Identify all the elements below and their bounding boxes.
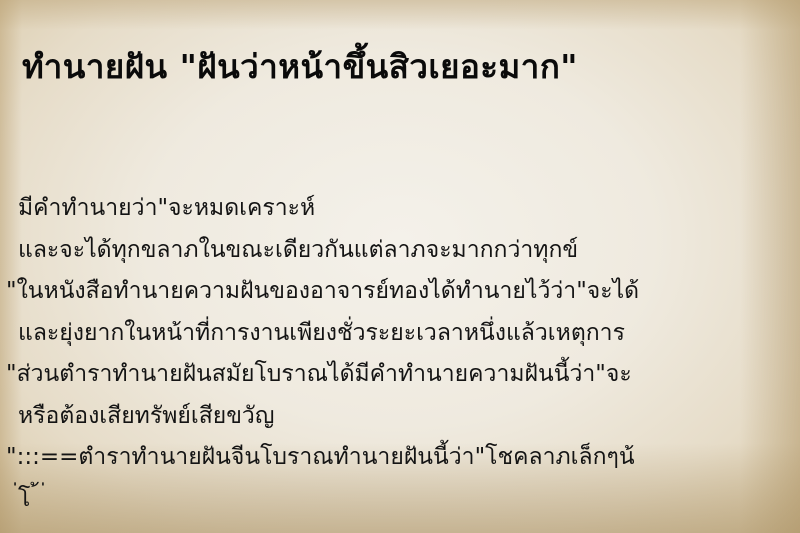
text-line-7: ":::==ตำราทำนายฝันจีนโบราณทำนายฝันนี้ว่า… — [0, 437, 800, 479]
text-line-2: และจะได้ทุกขลาภในขณะเดียวกันแต่ลาภจะมากก… — [0, 230, 800, 272]
text-line-8-clipped: ่โ ้ ่ — [0, 479, 800, 521]
page-title: ทำนายฝัน "ฝันว่าหน้าขึ้นสิวเยอะมาก" — [22, 36, 578, 98]
text-line-3: "ในหนังสือทำนายความฝันของอาจารย์ทองได้ทำ… — [0, 271, 800, 313]
text-line-5: "ส่วนตำราทำนายฝันสมัยโบราณได้มีคำทำนายคว… — [0, 354, 800, 396]
dream-interpretation-body: มีคำทำนายว่า"จะหมดเคราะห์ และจะได้ทุกขลา… — [0, 188, 800, 520]
text-line-4: และยุ่งยากในหน้าที่การงานเพียงชั่วระยะเว… — [0, 313, 800, 355]
text-line-6: หรือต้องเสียทรัพย์เสียขวัญ — [0, 396, 800, 438]
paper-texture-top — [0, 0, 800, 30]
text-line-1: มีคำทำนายว่า"จะหมดเคราะห์ — [0, 188, 800, 230]
